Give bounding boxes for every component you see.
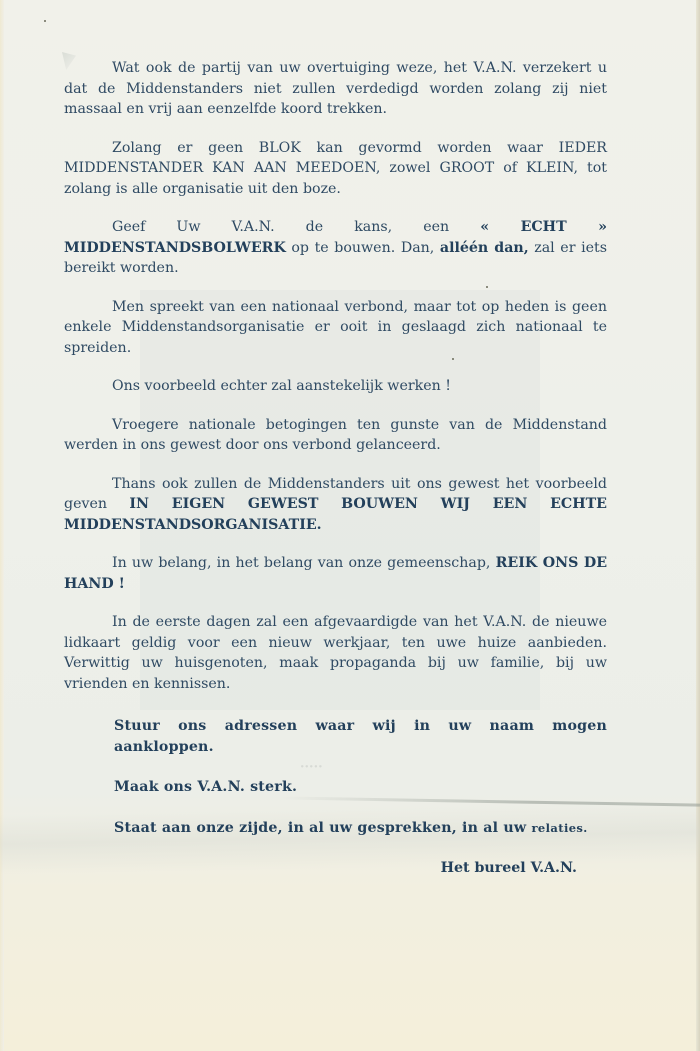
closing-last-word: relaties.: [531, 821, 587, 835]
paragraph-2: Zolang er geen BLOK kan gevormd worden w…: [64, 138, 607, 200]
closing-text: Staat aan onze zijde, in al uw gesprekke…: [114, 820, 526, 836]
paragraph-text: Ons voorbeeld echter zal aanstekelijk we…: [112, 378, 451, 394]
paragraph-text: In uw belang, in het belang van onze gem…: [112, 555, 496, 571]
page-edge-left: [0, 0, 4, 1051]
speck: [44, 20, 46, 22]
paragraph-text: Zolang er geen BLOK kan gevormd worden w…: [64, 140, 607, 197]
paragraph-text: op te bouwen. Dan,: [286, 240, 440, 256]
paragraph-3: Geef Uw V.A.N. de kans, een « ECHT » MID…: [64, 217, 607, 279]
bleed-through-text: ·····: [300, 760, 323, 775]
paragraph-text: In de eerste dagen zal een afgevaardigde…: [64, 614, 607, 692]
emphasis-text: alléén dan,: [440, 240, 529, 256]
paragraph-6: Vroegere nationale betogingen ten gunste…: [64, 415, 607, 456]
page-edge-right: [696, 0, 700, 1051]
letter-body: Wat ook de partij van uw overtuiging wez…: [64, 58, 607, 893]
paragraph-1: Wat ook de partij van uw overtuiging wez…: [64, 58, 607, 120]
paragraph-text: Geef Uw V.A.N. de kans, een: [112, 219, 480, 235]
paragraph-4: Men spreekt van een nationaal verbond, m…: [64, 297, 607, 359]
emphasis-text: IN EIGEN GEWEST BOUWEN WIJ EEN ECHTE MID…: [64, 496, 607, 533]
paragraph-7: Thans ook zullen de Middenstanders uit o…: [64, 474, 607, 536]
paragraph-text: Men spreekt van een nationaal verbond, m…: [64, 299, 607, 356]
paragraph-text: Vroegere nationale betogingen ten gunste…: [64, 417, 607, 454]
signature: Het bureel V.A.N.: [64, 858, 607, 879]
closing-line-1: Stuur ons adressen waar wij in uw naam m…: [64, 716, 607, 757]
paragraph-8: In uw belang, in het belang van onze gem…: [64, 553, 607, 594]
paragraph-5: Ons voorbeeld echter zal aanstekelijk we…: [64, 376, 607, 397]
paragraph-9: In de eerste dagen zal een afgevaardigde…: [64, 612, 607, 694]
closing-line-3: Staat aan onze zijde, in al uw gesprekke…: [64, 818, 607, 839]
paragraph-text: Wat ook de partij van uw overtuiging wez…: [64, 60, 607, 117]
closing-line-2: Maak ons V.A.N. sterk.: [64, 777, 607, 798]
